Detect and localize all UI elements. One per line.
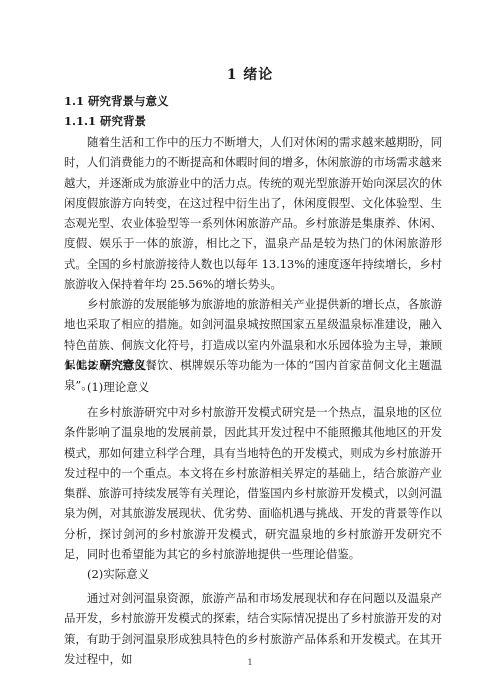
background-paragraph-1: 随着生活和工作中的压力不断增大，人们对休闲的需求越来越期盼，同时，人们消费能力的…	[64, 132, 442, 294]
subheading-theoretical-significance: (1)理论意义	[64, 377, 442, 397]
theoretical-significance-paragraph: 在乡村旅游研究中对乡村旅游开发模式研究是一个热点，温泉地的区位条件影响了温泉地的…	[64, 402, 442, 564]
document-page: 1 绪论 1.1 研究背景与意义 1.1.1 研究背景 随着生活和工作中的压力不…	[0, 0, 500, 694]
section-heading-1-1-1: 1.1.1 研究背景	[64, 111, 442, 131]
section-heading-1-1-2: 1.1.2 研究意义	[64, 355, 442, 375]
subheading-practical-significance: (2)实际意义	[64, 564, 442, 584]
practical-significance-paragraph: 通过对剑河温泉资源，旅游产品和市场发展现状和存在问题以及温泉产品开发，乡村旅游开…	[64, 588, 442, 669]
chapter-title: 1 绪论	[0, 64, 500, 84]
page-number: 1	[0, 658, 500, 667]
section-heading-1-1: 1.1 研究背景与意义	[64, 91, 442, 111]
